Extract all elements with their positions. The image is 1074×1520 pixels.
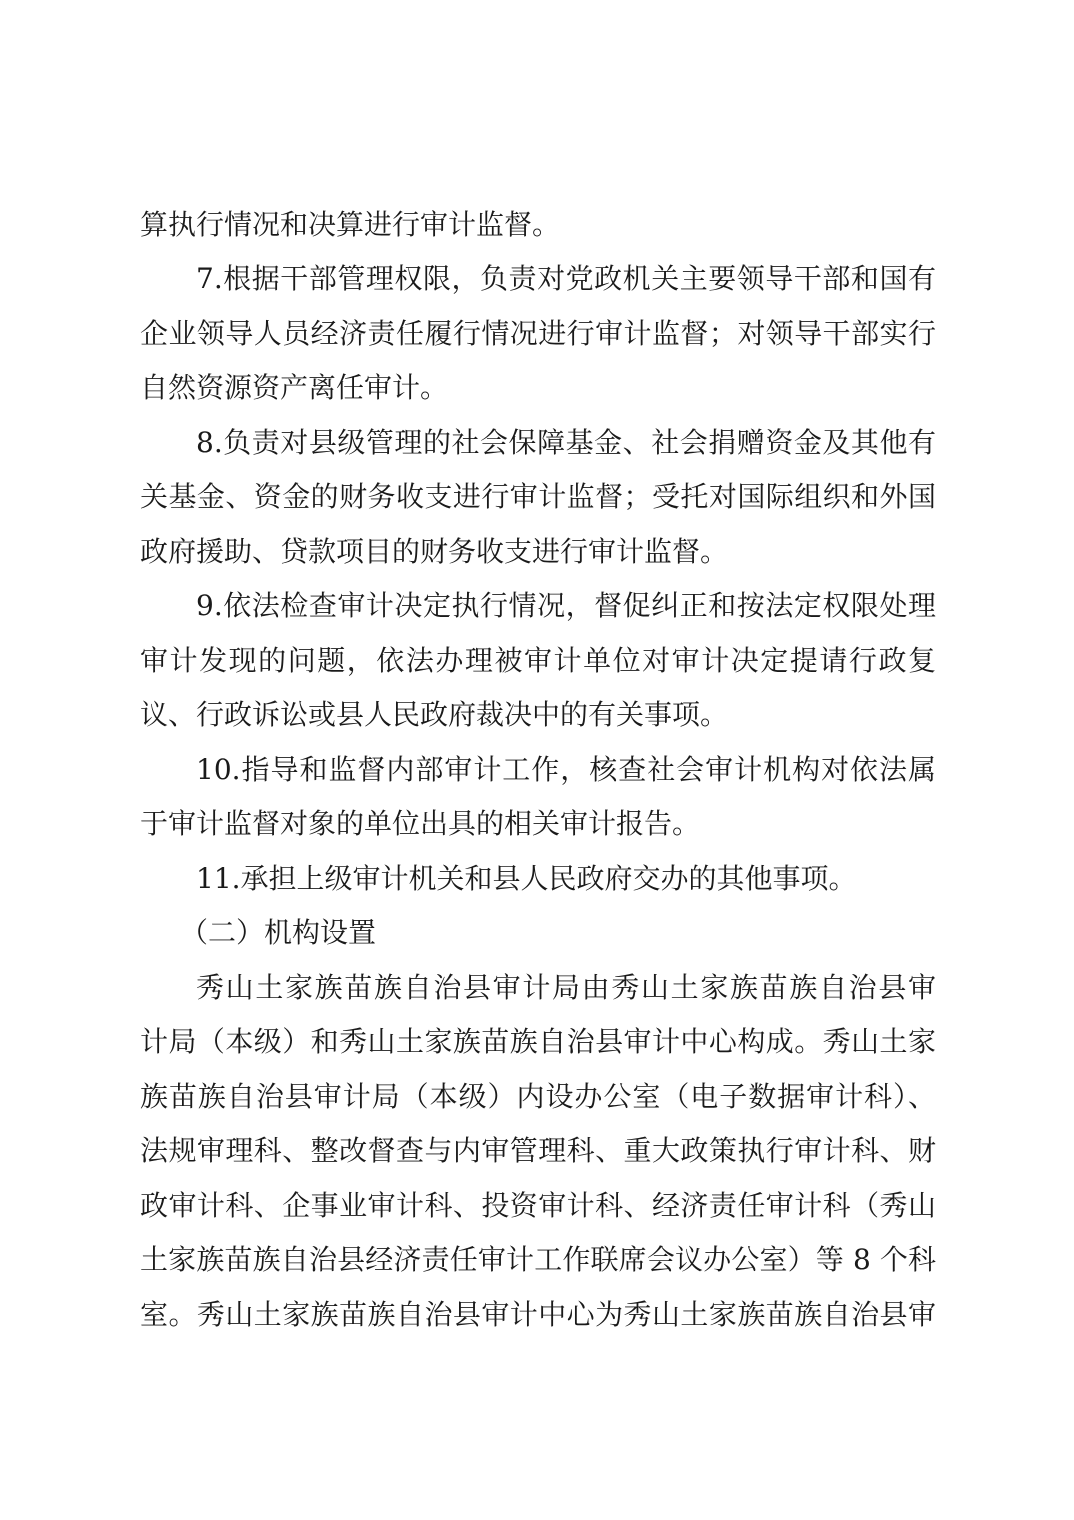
text-line-item-7: 7.根据干部管理权限，负责对党政机关主要领导干部和国有: [196, 259, 936, 299]
text-line: 土家族苗族自治县经济责任审计工作联席会议办公室）等 8 个科: [140, 1240, 936, 1280]
text-line: 自然资源资产离任审计。: [140, 368, 936, 408]
text-line: 计局（本级）和秀山土家族苗族自治县审计中心构成。秀山土家: [140, 1022, 936, 1062]
text-line: 秀山土家族苗族自治县审计局由秀山土家族苗族自治县审: [196, 968, 936, 1008]
text-line: 室。秀山土家族苗族自治县审计中心为秀山土家族苗族自治县审: [140, 1295, 936, 1335]
text-line: 企业领导人员经济责任履行情况进行审计监督；对领导干部实行: [140, 314, 936, 354]
text-line: 议、行政诉讼或县人民政府裁决中的有关事项。: [140, 695, 936, 735]
text-line: 算执行情况和决算进行审计监督。: [140, 205, 936, 245]
text-line: 政府援助、贷款项目的财务收支进行审计监督。: [140, 532, 936, 572]
text-line: 族苗族自治县审计局（本级）内设办公室（电子数据审计科）、: [140, 1077, 936, 1117]
section-heading: （二）机构设置: [180, 913, 480, 953]
text-line-item-9: 9.依法检查审计决定执行情况，督促纠正和按法定权限处理: [196, 586, 936, 626]
text-line: 政审计科、企事业审计科、投资审计科、经济责任审计科（秀山: [140, 1186, 936, 1226]
text-line-item-11: 11.承担上级审计机关和县人民政府交办的其他事项。: [196, 859, 936, 899]
text-line: 法规审理科、整改督查与内审管理科、重大政策执行审计科、财: [140, 1131, 936, 1171]
text-line-item-10: 10.指导和监督内部审计工作，核查社会审计机构对依法属: [196, 750, 936, 790]
text-line: 审计发现的问题，依法办理被审计单位对审计决定提请行政复: [140, 641, 936, 681]
text-line: 于审计监督对象的单位出具的相关审计报告。: [140, 804, 936, 844]
document-page: 算执行情况和决算进行审计监督。 7.根据干部管理权限，负责对党政机关主要领导干部…: [0, 0, 1074, 1520]
text-line: 关基金、资金的财务收支进行审计监督；受托对国际组织和外国: [140, 477, 936, 517]
text-line-item-8: 8.负责对县级管理的社会保障基金、社会捐赠资金及其他有: [196, 423, 936, 463]
